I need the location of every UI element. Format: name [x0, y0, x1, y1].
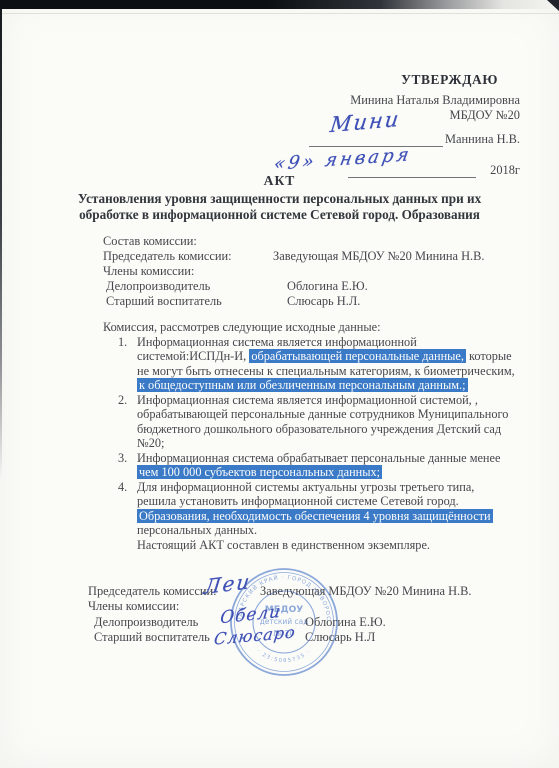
row-label: Члены комиссии:	[103, 264, 273, 279]
text-segment: не могут быть отнесены к специальным кат…	[137, 364, 515, 378]
row-value: Заведующая МБДОУ №20 Минина Н.В.	[260, 584, 472, 599]
list-item-line: Образования, необходимость обеспечения 4…	[137, 509, 523, 524]
approval-signature-handwriting: Мини	[329, 112, 401, 133]
list-item-lines: Информационная система обрабатывает перс…	[137, 451, 523, 480]
row-value: Облогина Е.Ю.	[305, 615, 386, 630]
signature-block: КРАСНОДАРСКИЙ КРАЙ · ГОРОД НОВОРОССИЙСК …	[88, 584, 548, 646]
list-item-line: чем 100 000 субъектов персональных данны…	[137, 465, 523, 480]
row-value: Заведующая МБДОУ №20 Минина Н.В.	[273, 249, 485, 264]
highlighted-text: Образования, необходимость обеспечения 4…	[137, 509, 493, 523]
findings-intro: Комиссия, рассмотрев следующие исходные …	[103, 320, 523, 335]
list-item-line: бюджетного дошкольного образовательного …	[137, 422, 523, 437]
text-segment: Для информационной системы актуальны угр…	[137, 480, 474, 494]
row-label: Делопроизводитель	[103, 279, 287, 294]
text-segment: №20;	[137, 436, 164, 450]
scan-edge-top	[0, 0, 559, 9]
list-item-line: №20;	[137, 436, 523, 451]
list-item-line: не могут быть отнесены к специальным кат…	[137, 364, 523, 379]
signature-row: Председатель комиссии: Заведующая МБДОУ …	[88, 584, 548, 599]
list-item-number: 1.	[118, 335, 137, 393]
list-item-line: Для информационной системы актуальны угр…	[137, 480, 523, 495]
list-item-line: персональных данных.	[137, 523, 523, 538]
row-label: Старший воспитатель	[103, 294, 287, 309]
commission-row: Делопроизводитель Облогина Е.Ю.	[103, 279, 485, 294]
list-item-lines: Информационная система является информац…	[137, 393, 523, 451]
signature-row: Старший воспитатель Слюсарь Н.Л	[88, 630, 548, 645]
signature-row: Делопроизводитель Облогина Е.Ю.	[88, 615, 548, 630]
list-item: 1.Информационная система является информ…	[103, 335, 523, 393]
highlighted-text: обрабатывающей персональные данные,	[249, 349, 466, 363]
approval-block: УТВЕРЖДАЮ Минина Наталья Владимировна МБ…	[210, 72, 520, 178]
commission-block: Состав комиссии: Председатель комиссии: …	[103, 234, 485, 309]
approval-heading: УТВЕРЖДАЮ	[210, 72, 520, 87]
list-item-line: системой:ИСПДн-И, обрабатывающей персона…	[137, 349, 523, 364]
row-label: Председатель комиссии:	[103, 249, 273, 264]
text-segment: Информационная система обрабатывает перс…	[137, 451, 500, 465]
list-item-number: 2.	[118, 393, 137, 451]
stamp-ring-text-bottom: · 23:5085735 ·	[256, 648, 313, 664]
text-segment: Информационная система является информац…	[137, 393, 478, 407]
commission-row: Председатель комиссии: Заведующая МБДОУ …	[103, 249, 485, 264]
text-segment: бюджетного дошкольного образовательного …	[137, 422, 501, 436]
document-type: АКТ	[0, 173, 559, 189]
commission-row: Члены комиссии:	[103, 264, 485, 279]
list-item: 4.Для информационной системы актуальны у…	[103, 480, 523, 553]
list-item-line: решила установить информационной системе…	[137, 494, 523, 509]
text-segment: персональных данных.	[137, 523, 257, 537]
list-item-line: Настоящий АКТ составлен в единственном э…	[137, 538, 523, 553]
approved-by-name: Маннина Н.В.	[445, 132, 520, 147]
text-segment: системой:ИСПДн-И,	[137, 349, 249, 363]
row-value: Слюсарь Н.Л	[305, 630, 375, 645]
list-item-number: 3.	[118, 451, 137, 480]
list-item-line: к общедоступным или обезличенным персона…	[137, 378, 523, 393]
findings-block: Комиссия, рассмотрев следующие исходные …	[103, 320, 523, 552]
text-segment: решила установить информационной системе…	[137, 494, 459, 508]
signature-row: Члены комиссии:	[88, 599, 548, 614]
text-segment: Настоящий АКТ составлен в единственном э…	[137, 538, 430, 552]
list-item-line: Информационная система является информац…	[137, 335, 523, 350]
highlighted-text: чем 100 000 субъектов персональных данны…	[137, 465, 382, 479]
row-value: Облогина Е.Ю.	[287, 279, 368, 294]
text-segment: которые	[466, 349, 512, 363]
document-subtitle-line2: обработке в информационной системе Сетев…	[0, 207, 559, 223]
list-item: 2.Информационная система является информ…	[103, 393, 523, 451]
scanned-document: УТВЕРЖДАЮ Минина Наталья Владимировна МБ…	[0, 0, 559, 768]
commission-heading: Состав комиссии:	[103, 234, 485, 249]
list-item-lines: Для информационной системы актуальны угр…	[137, 480, 523, 553]
svg-text:· 23:5085735 ·: · 23:5085735 ·	[256, 648, 313, 664]
text-segment: обрабатывающей персональные данные сотру…	[137, 407, 508, 421]
list-item-line: обрабатывающей персональные данные сотру…	[137, 407, 523, 422]
list-item-line: Информационная система является информац…	[137, 393, 523, 408]
list-item-line: Информационная система обрабатывает перс…	[137, 451, 523, 466]
document-title-block: АКТ Установления уровня защищенности пер…	[0, 173, 559, 222]
list-item: 3.Информационная система обрабатывает пе…	[103, 451, 523, 480]
commission-row: Старший воспитатель Слюсарь Н.Л.	[103, 294, 485, 309]
scan-edge-left	[0, 9, 2, 479]
findings-list: 1.Информационная система является информ…	[103, 335, 523, 553]
row-value: Слюсарь Н.Л.	[287, 294, 360, 309]
text-segment: Информационная система является информац…	[137, 335, 417, 349]
scan-artifact-line	[0, 13, 559, 14]
document-subtitle-line1: Установления уровня защищенности персона…	[0, 191, 559, 207]
approver-full-name: Минина Наталья Владимировна	[210, 93, 520, 108]
list-item-number: 4.	[118, 480, 137, 553]
chair-signature-handwriting: Леи	[203, 574, 252, 596]
highlighted-text: к общедоступным или обезличенным персона…	[137, 378, 468, 392]
approval-signature-row: Мини Маннина Н.В.	[210, 127, 520, 147]
list-item-lines: Информационная система является информац…	[137, 335, 523, 393]
